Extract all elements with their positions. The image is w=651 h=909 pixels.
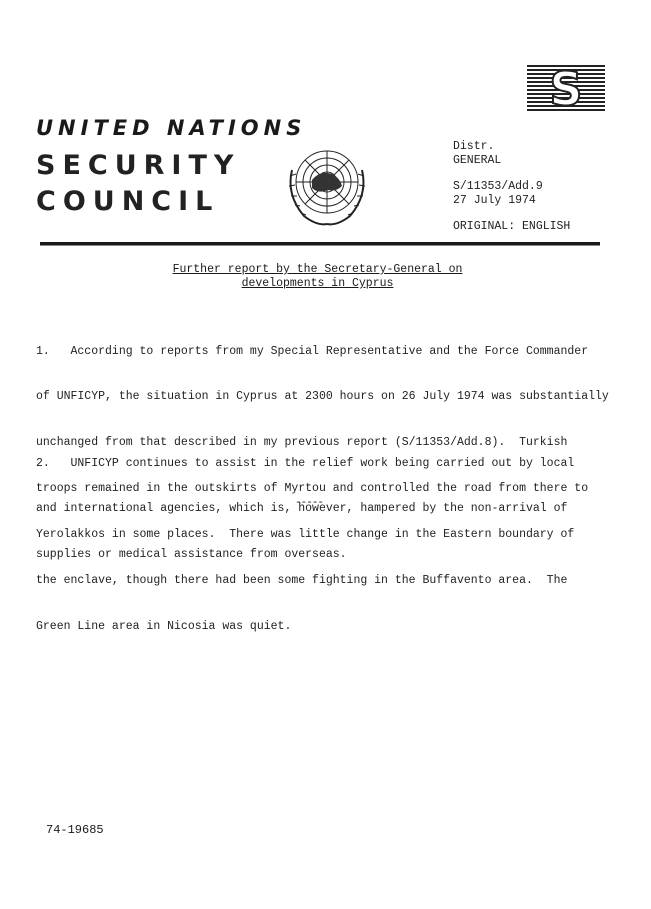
- paragraph-line: 1. According to reports from my Special …: [36, 344, 626, 359]
- paragraph-line: supplies or medical assistance from over…: [36, 547, 626, 562]
- header-divider-shadow: [40, 245, 600, 246]
- document-symbol-badge: S: [527, 65, 605, 113]
- distribution-value: GENERAL: [453, 154, 501, 168]
- original-language: ORIGINAL: ENGLISH: [453, 220, 570, 234]
- un-emblem-icon: [282, 140, 372, 232]
- symbol-letter: S: [545, 65, 587, 113]
- organization-name: UNITED NATIONS: [36, 116, 306, 140]
- paragraph-line: Green Line area in Nicosia was quiet.: [36, 619, 626, 634]
- council-name-line1: SECURITY: [36, 150, 240, 181]
- paragraph-line: 2. UNFICYP continues to assist in the re…: [36, 456, 626, 471]
- end-of-document-mark: -----: [295, 497, 335, 509]
- council-name-line2: COUNCIL: [36, 186, 219, 217]
- paragraph-line: of UNFICYP, the situation in Cyprus at 2…: [36, 389, 626, 404]
- document-number: 74-19685: [46, 823, 104, 837]
- distribution-label: Distr.: [453, 140, 494, 154]
- report-title-line1: Further report by the Secretary-General …: [0, 262, 643, 277]
- report-title-line2: developments in Cyprus: [0, 276, 643, 291]
- document-date: 27 July 1974: [453, 194, 536, 208]
- document-symbol: S/11353/Add.9: [453, 180, 543, 194]
